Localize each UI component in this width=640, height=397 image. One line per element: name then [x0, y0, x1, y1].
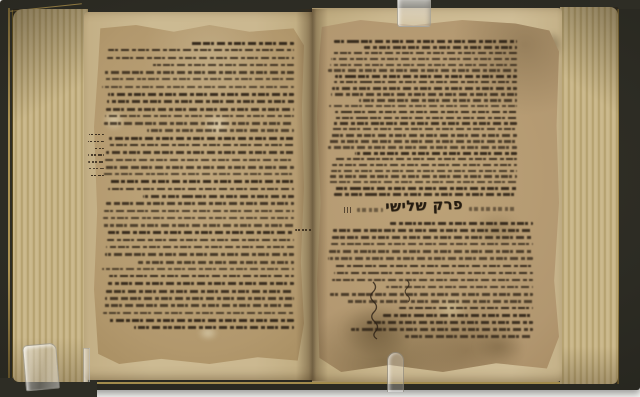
- script-line: [334, 40, 517, 43]
- script-line: [134, 326, 294, 329]
- margin-gloss: [88, 134, 104, 181]
- right-text-block-lower: [328, 222, 533, 343]
- script-line: [108, 231, 294, 234]
- script-line: [332, 279, 533, 281]
- script-line: [334, 81, 517, 83]
- script-line: [104, 304, 294, 306]
- script-line: [328, 257, 533, 260]
- script-line: [405, 335, 533, 337]
- script-line: [334, 272, 533, 274]
- script-line: [331, 58, 517, 60]
- script-line: [335, 111, 517, 113]
- script-line: [102, 268, 294, 270]
- script-line: [335, 75, 517, 78]
- script-line: [104, 166, 294, 169]
- script-line: [103, 217, 294, 220]
- script-line: [335, 265, 533, 268]
- script-line: [106, 290, 294, 293]
- script-line: [359, 99, 517, 102]
- chapter-heading: פרק שלישי: [391, 197, 464, 216]
- script-line: [330, 293, 533, 296]
- script-line: [334, 117, 517, 120]
- script-line: [108, 93, 294, 96]
- script-line: [331, 93, 517, 96]
- script-line: [332, 87, 517, 90]
- script-line: [109, 275, 294, 277]
- script-line: [103, 312, 294, 315]
- script-line: [105, 253, 294, 256]
- script-line: [330, 64, 517, 67]
- script-line: [390, 222, 533, 225]
- script-line: [152, 64, 294, 67]
- scribal-section-mark: [344, 207, 353, 213]
- script-line: [332, 128, 517, 130]
- script-line: [332, 52, 517, 54]
- script-line: [328, 69, 517, 72]
- script-line: [332, 236, 533, 239]
- script-line: [190, 42, 294, 45]
- gloss-line: [88, 141, 104, 142]
- gilt-fillet-left-outer: [8, 8, 10, 384]
- script-line: [331, 243, 533, 245]
- script-line: [331, 170, 517, 173]
- script-line: [104, 122, 294, 125]
- script-line: [108, 49, 294, 51]
- page-fore-edges-left: [13, 9, 88, 382]
- margin-note: [295, 229, 312, 231]
- script-line: [333, 158, 517, 160]
- script-line: [332, 164, 517, 167]
- script-line: [328, 181, 517, 183]
- scribal-flourish: [365, 280, 415, 340]
- script-line: [333, 122, 517, 125]
- script-line: [108, 144, 294, 146]
- script-line: [147, 129, 294, 132]
- script-line: [329, 105, 517, 107]
- script-line: [329, 140, 517, 143]
- script-line: [334, 193, 517, 196]
- left-text-block: [102, 42, 294, 334]
- script-line: [107, 239, 294, 241]
- script-line: [330, 175, 517, 178]
- script-line: [333, 229, 533, 232]
- gloss-line: [94, 148, 104, 149]
- script-line: [399, 307, 533, 309]
- gloss-line: [88, 168, 104, 169]
- script-line: [107, 100, 294, 103]
- script-line: [105, 115, 294, 117]
- script-line: [106, 151, 294, 153]
- script-line: [103, 78, 294, 80]
- script-line: [107, 57, 294, 59]
- gloss-line: [88, 154, 104, 155]
- script-line: [138, 261, 294, 264]
- script-line: [109, 319, 294, 322]
- gloss-line: [89, 175, 104, 176]
- left-page-mount: [84, 12, 312, 380]
- left-manuscript-leaf: [94, 25, 304, 364]
- script-line: [364, 46, 517, 49]
- script-line: [104, 71, 294, 74]
- right-text-block-upper: [328, 40, 517, 199]
- script-line: [103, 173, 294, 175]
- gloss-line: [89, 134, 104, 135]
- script-line: [355, 152, 517, 155]
- script-line: [106, 246, 294, 248]
- script-line: [109, 137, 294, 140]
- script-line: [328, 146, 517, 149]
- gloss-line: [88, 161, 104, 162]
- script-line: [335, 187, 517, 189]
- script-line: [105, 297, 294, 300]
- script-line: [329, 250, 533, 252]
- script-line: [102, 86, 294, 88]
- script-line: [330, 134, 517, 136]
- script-line: [106, 108, 294, 111]
- script-line: [105, 159, 294, 162]
- right-manuscript-leaf: פרק שלישי: [317, 20, 559, 372]
- script-line: [143, 195, 294, 198]
- heading-line-fragment-right: [469, 207, 517, 211]
- script-line: [106, 202, 294, 205]
- page-fore-edges-right: [560, 7, 618, 384]
- heading-line-fragment-left: [357, 208, 383, 212]
- script-line: [102, 224, 294, 227]
- script-line: [108, 188, 294, 191]
- script-line: [108, 282, 294, 285]
- right-page-mount: פרק שלישי: [312, 8, 562, 382]
- script-line: [104, 210, 294, 212]
- manuscript-photo: פרק שלישי: [0, 0, 640, 397]
- gilt-fillet-bottom: [14, 382, 612, 384]
- script-line: [109, 180, 294, 182]
